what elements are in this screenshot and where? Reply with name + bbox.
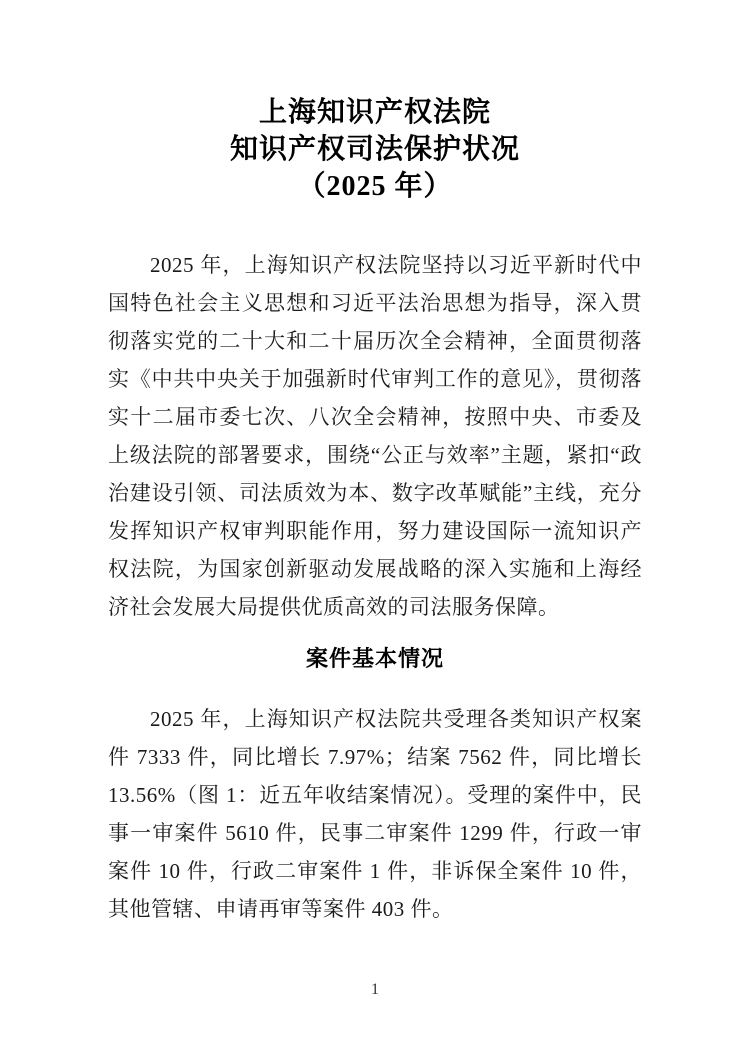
title-line-court-name: 上海知识产权法院: [0, 94, 750, 131]
page-number: 1: [0, 980, 750, 1000]
title-line-report-name: 知识产权司法保护状况: [0, 131, 750, 168]
document-title: 上海知识产权法院 知识产权司法保护状况 （2025 年）: [0, 94, 750, 205]
section-heading-case-overview: 案件基本情况: [0, 642, 750, 676]
title-line-year: （2025 年）: [0, 168, 750, 205]
intro-paragraph: 2025 年，上海知识产权法院坚持以习近平新时代中国特色社会主义思想和习近平法治…: [108, 246, 642, 626]
case-statistics-paragraph: 2025 年，上海知识产权法院共受理各类知识产权案件 7333 件，同比增长 7…: [108, 700, 642, 928]
document-page: 上海知识产权法院 知识产权司法保护状况 （2025 年） 2025 年，上海知识…: [0, 0, 750, 1061]
